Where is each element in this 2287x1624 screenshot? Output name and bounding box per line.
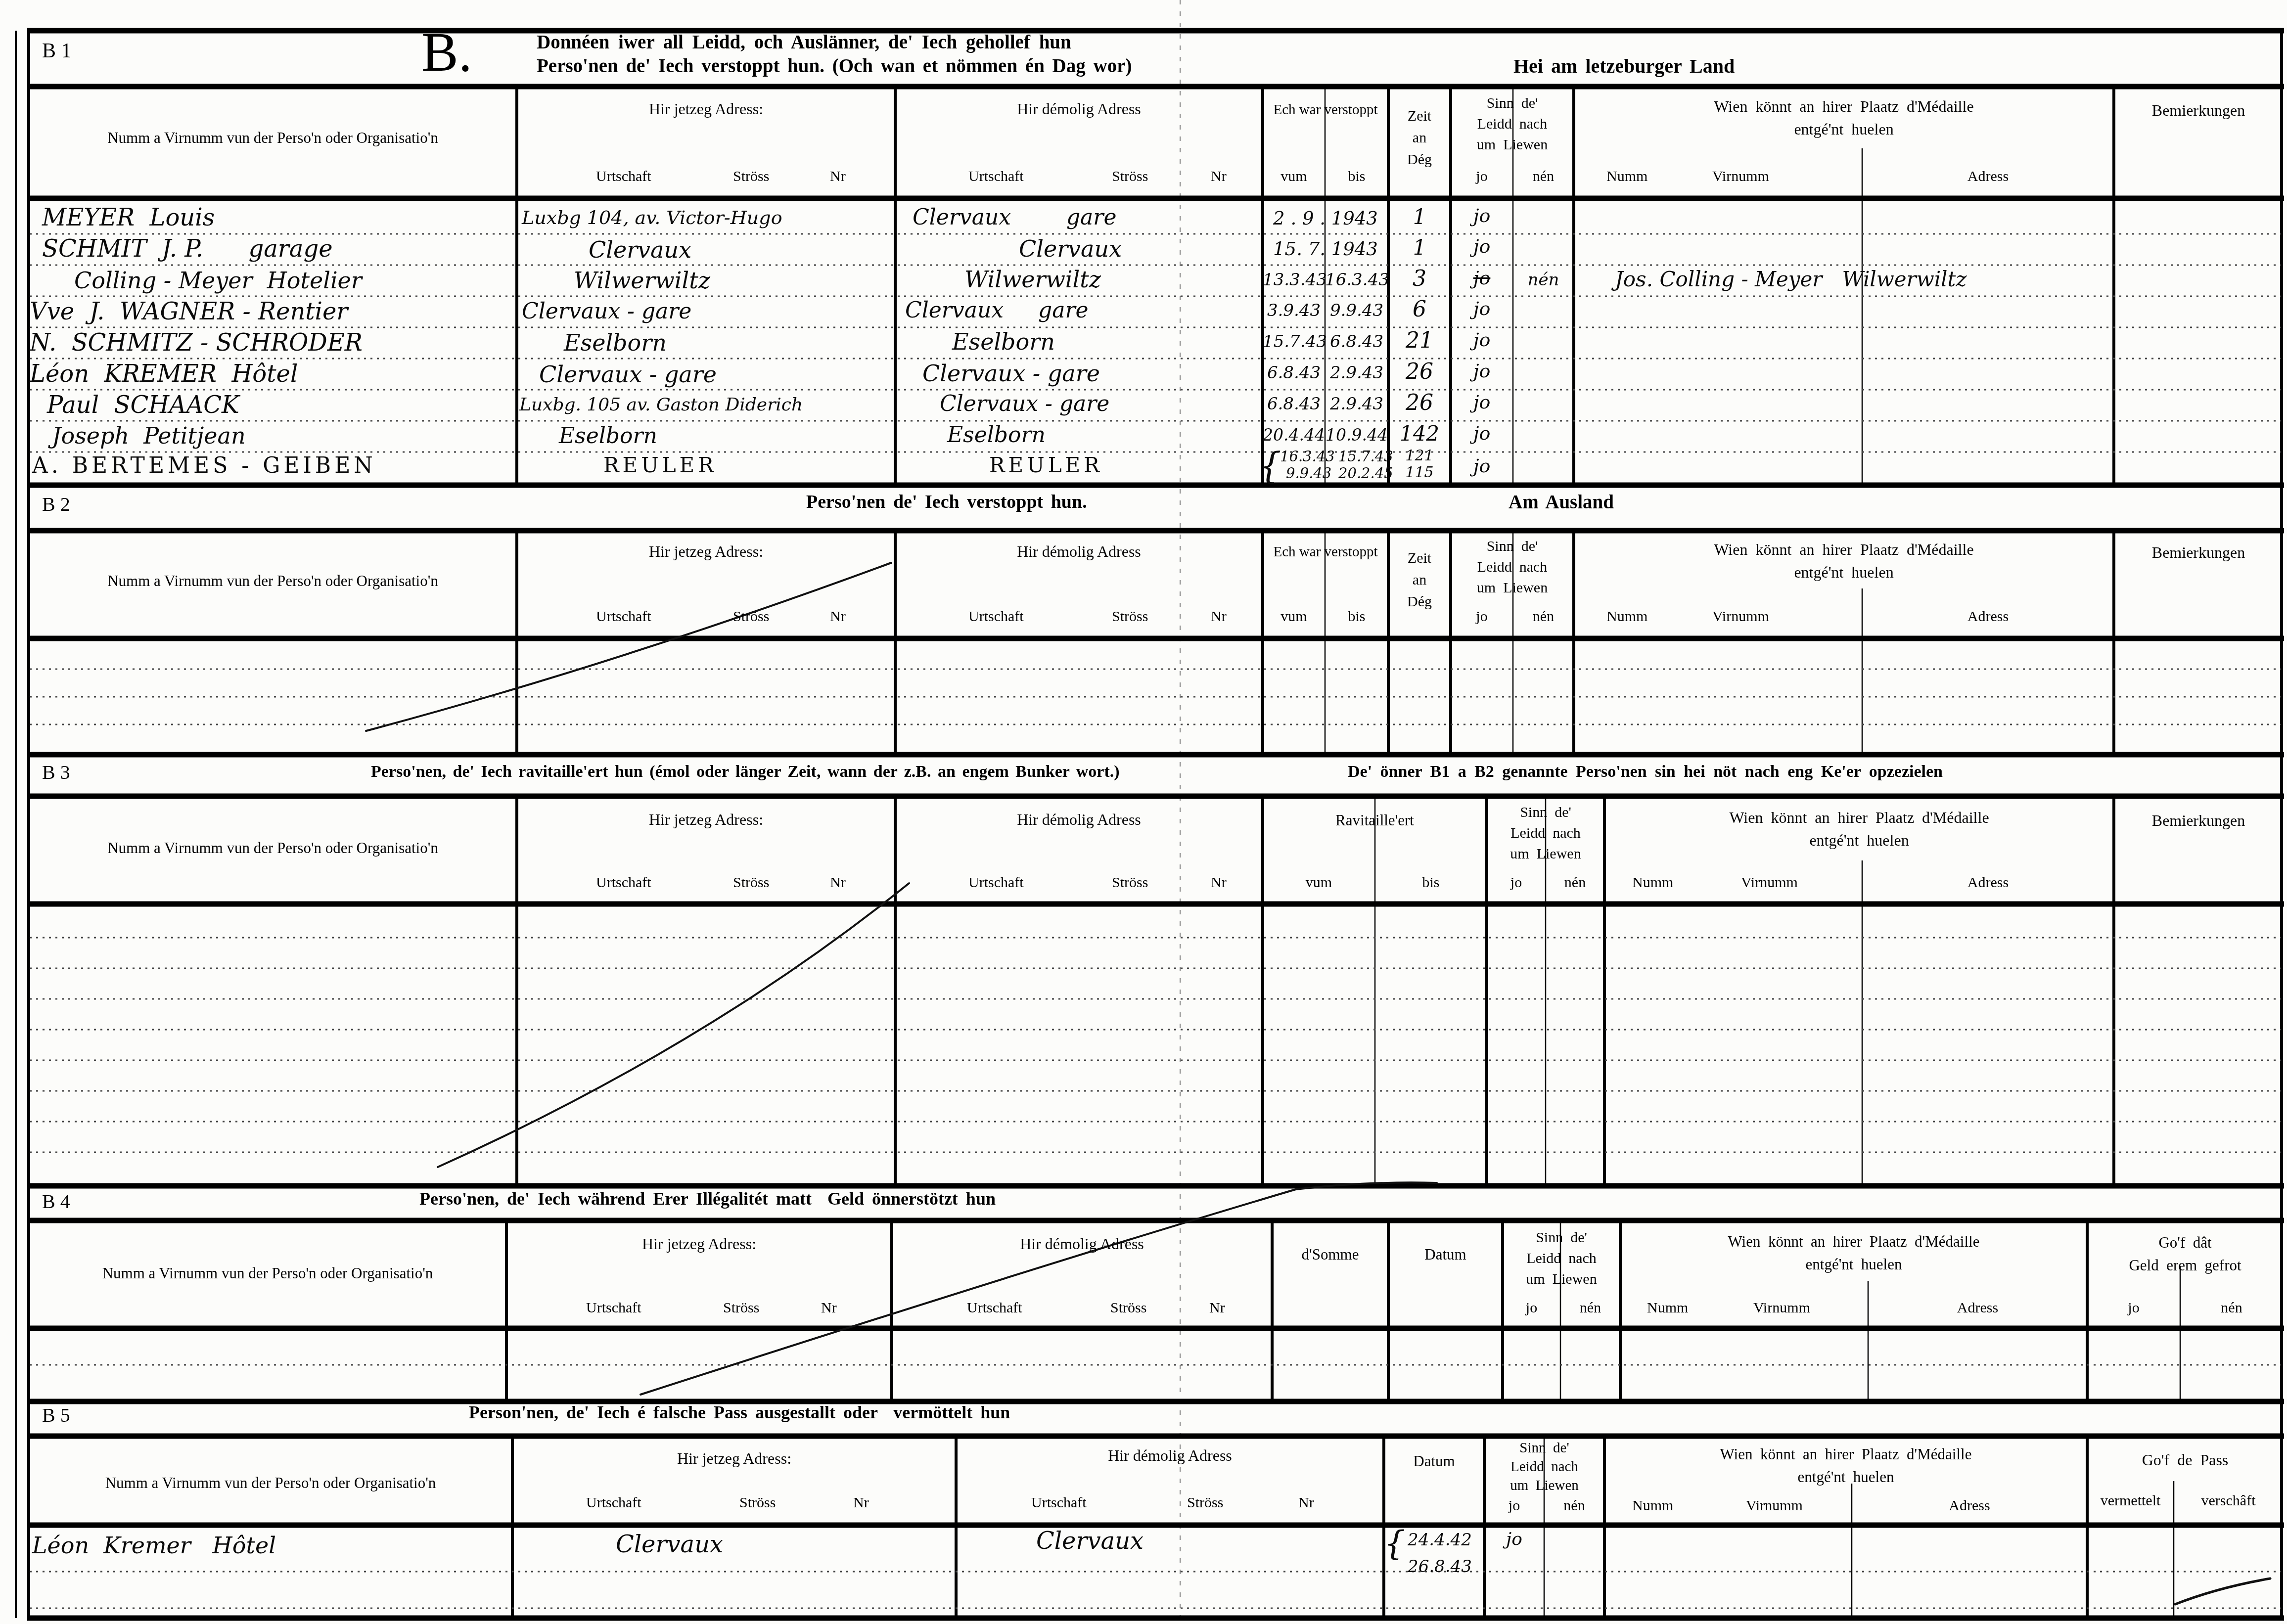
b1-section-code: B 1 <box>42 40 72 63</box>
b1-row1-vum: 2 . 9 . 1943 <box>1263 208 1388 229</box>
b1-row8-bis: 10.9.44 <box>1325 425 1388 445</box>
b1-row5-prev: Eselborn <box>952 328 1055 355</box>
b1-col-former-address: Hir démolig Adress <box>895 100 1263 118</box>
b5-sub-nen: nén <box>1544 1497 1604 1514</box>
b2-title-region: Am Ausland <box>1509 492 1614 513</box>
b5-col-former-address: Hir démolig Adress <box>956 1447 1384 1465</box>
b1-row8-vum: 20.4.44 <box>1263 425 1325 445</box>
b1-row9-brace: { <box>1259 445 1281 487</box>
b1-row2-vum: 15. 7. 1943 <box>1263 238 1388 260</box>
b4-col-somme: d'Somme <box>1272 1246 1388 1263</box>
b1-row6-zeit: 26 <box>1388 359 1451 384</box>
b1-title-line1: Donnéen iwer all Leidd, och Auslänner, d… <box>537 32 1071 53</box>
b1-row7-name: Paul SCHAACK <box>47 391 239 419</box>
b1-row5-bis: 6.8.43 <box>1325 332 1388 352</box>
b1-row9-zeit2: 115 <box>1388 464 1451 481</box>
b5-sub-stross-2: Ströss <box>1187 1494 1223 1511</box>
b1-row7-zeit: 26 <box>1388 390 1451 415</box>
b1-row5-zeit: 21 <box>1388 328 1451 353</box>
b2-col-medal-1: Wien könnt an hirer Plaatz d'Médaille <box>1574 541 2114 559</box>
b1-col-current-address: Hir jetzeg Adress: <box>517 100 895 118</box>
b3-sub-jo: jo <box>1487 874 1546 891</box>
b4-col-gof-2: Geld erem gefrot <box>2087 1257 2283 1274</box>
b4-section-code: B 4 <box>42 1191 70 1213</box>
b4-sub-numm: Numm <box>1647 1300 1688 1316</box>
b4-col-sinn-1: Sinn de' <box>1503 1229 1620 1246</box>
b4-col-name: Numm a Virnumm vun der Perso'n oder Orga… <box>29 1265 506 1282</box>
b2-col-former-address: Hir démolig Adress <box>895 543 1263 561</box>
b1-row6-prev: Clervaux - gare <box>922 360 1100 387</box>
b1-row5-name: N. SCHMITZ - SCHRODER <box>30 329 363 357</box>
b5-row1-prev: Clervaux <box>1036 1527 1143 1555</box>
b1-row9-bis: 15.7.43 <box>1338 448 1393 465</box>
b2-col-bemierkungen: Bemierkungen <box>2114 544 2283 562</box>
b4-crossout-stroke <box>640 1182 1437 1395</box>
b2-sub-bis: bis <box>1325 608 1388 625</box>
b1-row9-cur: REULER <box>603 453 717 477</box>
b2-sub-urtschaft-2: Urtschaft <box>968 608 1024 625</box>
b1-sub-nr-1: Nr <box>830 168 846 185</box>
b4-col-medal-1: Wien könnt an hirer Plaatz d'Médaille <box>1620 1233 2087 1251</box>
b5-col-current-address: Hir jetzeg Adress: <box>512 1450 956 1468</box>
b2-title: Perso'nen de' Iech verstoppt hun. <box>806 492 1087 513</box>
b3-sub-nen: nén <box>1546 874 1604 891</box>
b4-title: Perso'nen, de' Iech während Erer Illégal… <box>419 1189 996 1209</box>
b5-sub-urtschaft-1: Urtschaft <box>586 1494 641 1511</box>
b1-row2-zeit: 1 <box>1388 235 1451 260</box>
b1-row4-vum: 3.9.43 <box>1263 301 1325 320</box>
b1-row3-vum: 13.3.43 <box>1263 270 1325 290</box>
b1-row3-dead: nén <box>1513 270 1574 290</box>
b1-sub-jo: jo <box>1451 168 1513 185</box>
b1-row3-zeit: 3 <box>1388 266 1451 291</box>
b2-sub-nen: nén <box>1513 608 1574 625</box>
b5-section-code: B 5 <box>42 1404 70 1427</box>
b1-row7-cur: Luxbg. 105 av. Gaston Diderich <box>519 395 803 415</box>
b3-col-sinn-2: Leidd nach <box>1487 825 1604 842</box>
b5-col-sinn-2: Leidd nach <box>1484 1459 1604 1475</box>
b5-row1-date1: 24.4.42 <box>1408 1530 1472 1550</box>
b5-col-sinn-3: um Liewen <box>1484 1478 1604 1493</box>
b1-row6-bis: 2.9.43 <box>1325 363 1388 383</box>
b4-col-sinn-2: Leidd nach <box>1503 1250 1620 1267</box>
b3-sub-bis: bis <box>1375 874 1487 891</box>
b1-sub-nen: nén <box>1513 168 1574 185</box>
b2-sub-vum: vum <box>1263 608 1325 625</box>
b3-col-medal-2: entgé'nt huelen <box>1604 832 2114 850</box>
b4-sub-urtschaft-1: Urtschaft <box>586 1300 641 1316</box>
b5-sub-nr-2: Nr <box>1298 1494 1314 1511</box>
b1-row3-medal: Jos. Colling - Meyer Wilwerwiltz <box>1615 267 1967 291</box>
b5-sub-nr-1: Nr <box>853 1494 869 1511</box>
b1-big-letter: B. <box>421 22 472 84</box>
b1-row4-bis: 9.9.43 <box>1325 301 1388 320</box>
b1-col-zeit-2: an <box>1388 130 1451 146</box>
b1-row9-alive: jo <box>1451 455 1513 477</box>
b1-row8-zeit: 142 <box>1388 421 1451 446</box>
b5-title: Person'nen, de' Iech é falsche Pass ausg… <box>469 1402 1010 1422</box>
b3-sub-numm: Numm <box>1632 874 1673 891</box>
b4-col-sinn-3: um Liewen <box>1503 1271 1620 1288</box>
scanned-form-page: B 1 B. Donnéen iwer all Leidd, och Auslä… <box>0 0 2287 1624</box>
b5-col-medal-2: entgé'nt huelen <box>1604 1469 2087 1486</box>
b3-col-sinn-3: um Liewen <box>1487 846 1604 862</box>
b1-sub-stross-2: Ströss <box>1112 168 1148 185</box>
b3-sub-urtschaft-1: Urtschaft <box>596 874 651 891</box>
b5-row1-brace: { <box>1384 1524 1405 1563</box>
b5-row1-alive: jo <box>1484 1529 1544 1549</box>
b3-sub-stross-2: Ströss <box>1112 874 1148 891</box>
b1-row3-name: Colling - Meyer Hotelier <box>74 267 362 294</box>
b1-row4-cur: Clervaux - gare <box>522 299 691 324</box>
b1-row5-alive: jo <box>1451 329 1513 351</box>
b1-row9-vum2: 9.9.43 <box>1286 465 1331 482</box>
b1-sub-stross-1: Ströss <box>733 168 769 185</box>
b3-sub-stross-1: Ströss <box>733 874 769 891</box>
b5-row1-date2: 26.8.43 <box>1408 1557 1472 1577</box>
b4-sub-nen: nén <box>1560 1300 1620 1316</box>
b1-row7-prev: Clervaux - gare <box>940 391 1109 416</box>
b1-row7-bis: 2.9.43 <box>1325 394 1388 414</box>
b3-col-former-address: Hir démolig Adress <box>895 811 1263 829</box>
b1-row3-cur: Wilwerwiltz <box>574 267 710 294</box>
b1-row3-prev: Wilwerwiltz <box>964 266 1101 293</box>
b4-sub-gof-nen: nén <box>2180 1300 2283 1316</box>
b1-row1-name: MEYER Louis <box>42 204 215 231</box>
b3-col-medal-1: Wien könnt an hirer Plaatz d'Médaille <box>1604 809 2114 827</box>
b1-row9-vum: 16.3.43 <box>1280 448 1335 465</box>
b1-col-sinn-2: Leidd nach <box>1451 116 1574 133</box>
b1-row8-alive: jo <box>1451 422 1513 444</box>
b1-row8-cur: Eselborn <box>559 423 657 449</box>
b3-sub-urtschaft-2: Urtschaft <box>968 874 1024 891</box>
b2-sub-adress: Adress <box>1862 608 2114 625</box>
b1-col-bemierkungen: Bemierkungen <box>2114 102 2283 120</box>
b1-col-sinn-1: Sinn de' <box>1451 95 1574 112</box>
b2-sub-nr-1: Nr <box>830 608 846 625</box>
b4-sub-nr-2: Nr <box>1209 1300 1225 1316</box>
b2-section-code: B 2 <box>42 494 70 516</box>
b3-col-ravitailleert: Ravitaille'ert <box>1263 812 1487 829</box>
b1-sub-numm: Numm <box>1606 168 1647 185</box>
b1-title-line2: Perso'nen de' Iech verstoppt hun. (Och w… <box>537 55 1132 77</box>
b5-col-name: Numm a Virnumm vun der Perso'n oder Orga… <box>29 1475 512 1492</box>
b5-sub-adress: Adress <box>1852 1497 2087 1514</box>
b4-col-former-address: Hir démolig Adress <box>892 1235 1272 1253</box>
b2-sub-stross-1: Ströss <box>733 608 769 625</box>
b1-row1-prev: Clervaux gare <box>913 205 1116 230</box>
b4-col-medal-2: entgé'nt huelen <box>1620 1256 2087 1273</box>
b1-sub-bis: bis <box>1325 168 1388 185</box>
b3-col-current-address: Hir jetzeg Adress: <box>517 811 895 829</box>
b5-col-medal-1: Wien könnt an hirer Plaatz d'Médaille <box>1604 1446 2087 1463</box>
b4-sub-stross-2: Ströss <box>1110 1300 1146 1316</box>
b5-sub-urtschaft-2: Urtschaft <box>1031 1494 1087 1511</box>
b2-sub-jo: jo <box>1451 608 1513 625</box>
b1-row3-alive-struck: jo <box>1451 267 1513 289</box>
b2-col-name: Numm a Virnumm vun der Perso'n oder Orga… <box>29 573 517 590</box>
b1-row3-bis: 16.3.43 <box>1325 270 1388 290</box>
b2-sub-numm: Numm <box>1606 608 1647 625</box>
b4-sub-adress: Adress <box>1868 1300 2087 1316</box>
b3-col-bemierkungen: Bemierkungen <box>2114 812 2283 830</box>
b4-sub-stross-1: Ströss <box>723 1300 759 1316</box>
b4-col-datum: Datum <box>1388 1246 1503 1263</box>
b3-section-code: B 3 <box>42 762 70 784</box>
b1-row9-prev: REULER <box>989 453 1103 477</box>
b5-sub-verschaft: verschâft <box>2174 1492 2283 1509</box>
b1-col-zeit-1: Zeit <box>1388 108 1451 125</box>
b2-sub-urtschaft-1: Urtschaft <box>596 608 651 625</box>
b1-row9-zeit: 121 <box>1388 447 1451 464</box>
b3-col-sinn-1: Sinn de' <box>1487 804 1604 821</box>
b5-sub-jo: jo <box>1484 1497 1544 1514</box>
b1-row2-alive: jo <box>1451 235 1513 257</box>
b1-row7-alive: jo <box>1451 391 1513 413</box>
b3-sub-nr-1: Nr <box>830 874 846 891</box>
b1-row5-cur: Eselborn <box>564 329 667 356</box>
b5-sub-virnumm: Virnumm <box>1746 1497 1803 1514</box>
b1-sub-urtschaft-2: Urtschaft <box>968 168 1024 185</box>
b1-row4-zeit: 6 <box>1388 297 1451 322</box>
b1-row2-cur: Clervaux <box>589 236 691 263</box>
b1-sub-vum: vum <box>1263 168 1325 185</box>
b5-row1-cur: Clervaux <box>616 1531 723 1558</box>
b2-sub-nr-2: Nr <box>1211 608 1227 625</box>
b2-col-sinn-2: Leidd nach <box>1451 559 1574 576</box>
b1-col-hidden-period: Ech war verstoppt <box>1263 102 1388 118</box>
b5-sub-stross-1: Ströss <box>739 1494 776 1511</box>
b5-sub-vermettelt: vermettelt <box>2087 1492 2174 1509</box>
b2-col-zeit-1: Zeit <box>1388 550 1451 567</box>
b4-sub-nr-1: Nr <box>821 1300 837 1316</box>
b5-verschaft-checkmark <box>2175 1579 2270 1604</box>
b1-col-name: Numm a Virnumm vun der Perso'n oder Orga… <box>29 130 517 147</box>
b4-col-gof-1: Go'f dât <box>2087 1234 2283 1252</box>
b1-sub-adress: Adress <box>1862 168 2114 185</box>
b4-col-current-address: Hir jetzeg Adress: <box>506 1235 892 1253</box>
b3-sub-adress: Adress <box>1862 874 2114 891</box>
b1-row2-prev: Clervaux <box>1019 235 1122 262</box>
b1-row6-vum: 6.8.43 <box>1263 363 1325 383</box>
b1-row6-cur: Clervaux - gare <box>539 361 717 388</box>
b3-sub-virnumm: Virnumm <box>1741 874 1798 891</box>
b1-row1-alive: jo <box>1451 205 1513 226</box>
b1-row8-name: Joseph Petitjean <box>52 422 246 449</box>
b2-sub-virnumm: Virnumm <box>1712 608 1769 625</box>
b5-col-gof-pass: Go'f de Pass <box>2087 1451 2283 1469</box>
b1-col-sinn-3: um Liewen <box>1451 136 1574 153</box>
b2-col-medal-2: entgé'nt huelen <box>1574 564 2114 582</box>
b1-row9-name: A. BERTEMES - GEIBEN <box>32 453 376 478</box>
b1-row4-alive: jo <box>1451 298 1513 319</box>
b5-col-datum: Datum <box>1384 1453 1484 1470</box>
b1-row1-cur: Luxbg 104, av. Victor-Hugo <box>522 207 782 228</box>
b1-row5-vum: 15.7.43 <box>1263 332 1325 352</box>
b1-row7-vum: 6.8.43 <box>1263 394 1325 414</box>
b1-row9-bis2: 20.2.45 <box>1338 465 1393 482</box>
b3-col-name: Numm a Virnumm vun der Perso'n oder Orga… <box>29 840 517 857</box>
b2-col-zeit-2: an <box>1388 572 1451 588</box>
b3-title: Perso'nen, de' Iech ravitaille'ert hun (… <box>371 763 1120 781</box>
b1-col-medal-1: Wien könnt an hirer Plaatz d'Médaille <box>1574 98 2114 116</box>
b1-sub-virnumm: Virnumm <box>1712 168 1769 185</box>
b5-sub-numm: Numm <box>1632 1497 1673 1514</box>
b1-row4-name: Vve J. WAGNER - Rentier <box>30 298 348 325</box>
b4-sub-urtschaft-2: Urtschaft <box>967 1300 1022 1316</box>
b1-sub-urtschaft-1: Urtschaft <box>596 168 651 185</box>
b1-col-zeit-3: Dég <box>1388 151 1451 168</box>
b1-title-line2-region: Hei am letzeburger Land <box>1513 55 1735 78</box>
b2-col-current-address: Hir jetzeg Adress: <box>517 543 895 561</box>
b3-sub-vum: vum <box>1263 874 1375 891</box>
b2-col-hidden-period: Ech war verstoppt <box>1263 544 1388 560</box>
b2-sub-stross-2: Ströss <box>1112 608 1148 625</box>
b5-row1-name: Léon Kremer Hôtel <box>32 1532 276 1559</box>
b3-sub-nr-2: Nr <box>1211 874 1227 891</box>
b1-row6-name: Léon KREMER Hôtel <box>30 360 298 388</box>
b4-sub-jo: jo <box>1503 1300 1560 1316</box>
b3-title-note: De' önner B1 a B2 genannte Perso'nen sin… <box>1348 763 1943 781</box>
b4-sub-virnumm: Virnumm <box>1753 1300 1810 1316</box>
b3-crossout-stroke <box>438 883 909 1167</box>
b1-row6-alive: jo <box>1451 360 1513 382</box>
b1-sub-nr-2: Nr <box>1211 168 1227 185</box>
b1-row1-zeit: 1 <box>1388 205 1451 229</box>
b2-col-sinn-1: Sinn de' <box>1451 538 1574 555</box>
b2-col-zeit-3: Dég <box>1388 593 1451 610</box>
b5-col-sinn-1: Sinn de' <box>1484 1440 1604 1456</box>
b1-col-medal-2: entgé'nt huelen <box>1574 121 2114 138</box>
b1-row2-name: SCHMIT J. P. garage <box>42 235 333 263</box>
b1-row4-prev: Clervaux gare <box>905 298 1088 323</box>
b1-row8-prev: Eselborn <box>947 422 1046 448</box>
b2-col-sinn-3: um Liewen <box>1451 580 1574 596</box>
b4-sub-gof-jo: jo <box>2087 1300 2180 1316</box>
